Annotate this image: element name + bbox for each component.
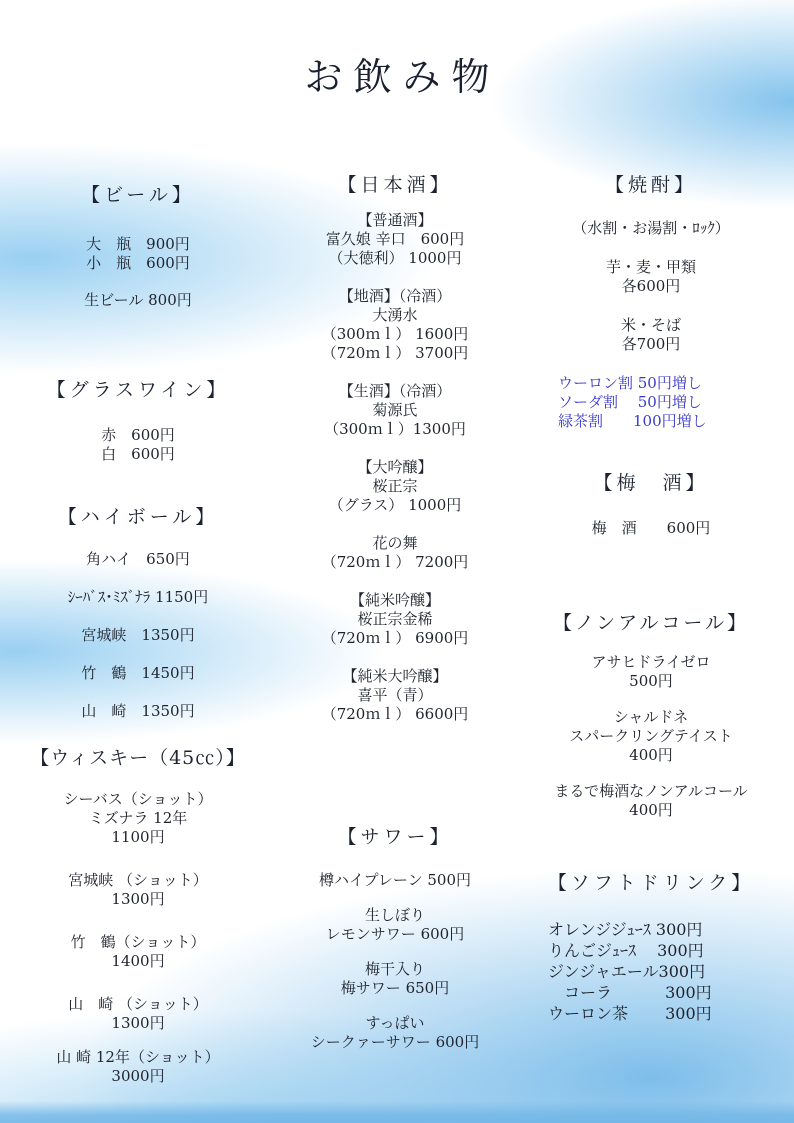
menu-line: 竹 鶴（ショット） — [12, 933, 264, 952]
menu-line: 宮城峡 （ショット） — [12, 871, 264, 890]
menu-line: 米・そば — [518, 316, 784, 335]
menu-line: 赤 600円 — [12, 426, 264, 445]
menu-group: 大 瓶 900円小 瓶 600円 — [12, 235, 264, 273]
menu-group: 山 崎 1350円 — [12, 702, 264, 721]
menu-line: 生ビール 800円 — [12, 291, 264, 310]
menu-group: 生しぼりレモンサワー 600円 — [282, 906, 508, 944]
section-header: 【ハイボール】 — [12, 502, 264, 529]
column-middle: 【日本酒】【普通酒】富久娘 辛口 600円（大徳利） 1000円【地酒】（冷酒）… — [282, 0, 508, 1123]
menu-line: ｼｰﾊﾞｽ･ﾐｽﾞﾅﾗ 1150円 — [12, 588, 264, 607]
menu-line: 各600円 — [518, 277, 784, 296]
menu-line: 桜正宗金稀 — [282, 610, 508, 629]
menu-line: 山 崎 （ショット） — [12, 995, 264, 1014]
section-nihonshu: 【日本酒】【普通酒】富久娘 辛口 600円（大徳利） 1000円【地酒】（冷酒）… — [282, 170, 508, 724]
menu-line: アサヒドライゼロ — [518, 653, 784, 672]
menu-line: （300ｍｌ）1300円 — [282, 420, 508, 439]
menu-group: 【純米大吟醸】喜平（青）（720ｍｌ） 6600円 — [282, 667, 508, 724]
menu-group: 【純米吟醸】桜正宗金稀（720ｍｌ） 6900円 — [282, 591, 508, 648]
menu-line: 400円 — [518, 801, 784, 820]
menu-group: 角ハイ 650円 — [12, 550, 264, 569]
menu-line: 1300円 — [12, 1014, 264, 1033]
menu-group: アサヒドライゼロ500円 — [518, 653, 784, 691]
section-whisky: 【ウィスキー（45㏄）】シーバス（ショット）ミズナラ 12年1100円宮城峡 （… — [12, 743, 264, 1086]
menu-group: シーバス（ショット）ミズナラ 12年1100円 — [12, 790, 264, 847]
menu-line: 各700円 — [518, 335, 784, 354]
menu-line: シーバス（ショット） — [12, 790, 264, 809]
menu-line: 400円 — [518, 746, 784, 765]
menu-group: 梅干入り梅サワー 650円 — [282, 960, 508, 998]
menu-group: オレンジジｭｰｽ 300円りんごジｭｰｽ 300円ジンジャエール300円 コーラ… — [518, 919, 784, 1024]
menu-line: 【地酒】（冷酒） — [282, 287, 508, 306]
menu-group: まるで梅酒なノンアルコール400円 — [518, 782, 784, 820]
menu-line: 500円 — [518, 672, 784, 691]
menu-group: （水割・お湯割・ﾛｯｸ） — [518, 219, 784, 238]
menu-line: 3000円 — [12, 1067, 264, 1086]
section-highball: 【ハイボール】角ハイ 650円ｼｰﾊﾞｽ･ﾐｽﾞﾅﾗ 1150円宮城峡 1350… — [12, 502, 264, 721]
menu-line: コーラ 300円 — [518, 982, 784, 1003]
menu-line: （水割・お湯割・ﾛｯｸ） — [518, 219, 784, 238]
menu-line: 山 崎 12年（ショット） — [12, 1048, 264, 1067]
menu-line: 【純米吟醸】 — [282, 591, 508, 610]
menu-line: スパークリングテイスト — [518, 727, 784, 746]
menu-line: 1100円 — [12, 828, 264, 847]
menu-line: 菊源氏 — [282, 401, 508, 420]
section-sour: 【サワー】樽ハイプレーン 500円生しぼりレモンサワー 600円梅干入り梅サワー… — [282, 822, 508, 1052]
menu-line: 樽ハイプレーン 500円 — [282, 871, 508, 890]
menu-line: 【純米大吟醸】 — [282, 667, 508, 686]
menu-line: 【生酒】（冷酒） — [282, 382, 508, 401]
menu-line: 【普通酒】 — [282, 211, 508, 230]
menu-line: 梅サワー 650円 — [282, 979, 508, 998]
section-nonalcohol: 【ノンアルコール】アサヒドライゼロ500円シャルドネスパークリングテイスト400… — [518, 608, 784, 820]
menu-group: ウーロン割 50円増しソーダ割 50円増し緑茶割 100円増し — [518, 374, 784, 431]
menu-line: レモンサワー 600円 — [282, 925, 508, 944]
menu-line: シークァーサワー 600円 — [282, 1033, 508, 1052]
menu-line: ウーロン割 50円増し — [558, 374, 784, 393]
menu-group: 花の舞（720ｍｌ） 7200円 — [282, 534, 508, 572]
menu-line: 芋・麦・甲類 — [518, 258, 784, 277]
menu-line: まるで梅酒なノンアルコール — [518, 782, 784, 801]
menu-group: 宮城峡 （ショット）1300円 — [12, 871, 264, 909]
menu-line: 1400円 — [12, 952, 264, 971]
menu-group: 【生酒】（冷酒）菊源氏（300ｍｌ）1300円 — [282, 382, 508, 439]
menu-line: 竹 鶴 1450円 — [12, 664, 264, 683]
menu-group: 赤 600円白 600円 — [12, 426, 264, 464]
menu-line: ミズナラ 12年 — [12, 809, 264, 828]
menu-line: ソーダ割 50円増し — [558, 393, 784, 412]
menu-line: 梅干入り — [282, 960, 508, 979]
menu-group: シャルドネスパークリングテイスト400円 — [518, 708, 784, 765]
section-umeshu: 【梅 酒】梅 酒 600円 — [518, 468, 784, 538]
menu-line: （300ｍｌ） 1600円 — [282, 325, 508, 344]
menu-group: 山 崎 （ショット）1300円 — [12, 995, 264, 1033]
menu-line: ジンジャエール300円 — [518, 961, 784, 982]
column-right: 【焼酎】（水割・お湯割・ﾛｯｸ）芋・麦・甲類各600円米・そば各700円ウーロン… — [518, 0, 784, 1123]
menu-group: 山 崎 12年（ショット）3000円 — [12, 1048, 264, 1086]
menu-line: （720ｍｌ） 7200円 — [282, 553, 508, 572]
menu-line: 山 崎 1350円 — [12, 702, 264, 721]
menu-line: 富久娘 辛口 600円 — [282, 230, 508, 249]
section-header: 【焼酎】 — [518, 170, 784, 197]
menu-group: 米・そば各700円 — [518, 316, 784, 354]
menu-line: 梅 酒 600円 — [518, 519, 784, 538]
menu-line: （グラス） 1000円 — [282, 496, 508, 515]
menu-group: 芋・麦・甲類各600円 — [518, 258, 784, 296]
section-shochu: 【焼酎】（水割・お湯割・ﾛｯｸ）芋・麦・甲類各600円米・そば各700円ウーロン… — [518, 170, 784, 431]
menu-line: （大徳利） 1000円 — [282, 249, 508, 268]
section-header: 【日本酒】 — [282, 170, 508, 197]
menu-line: オレンジジｭｰｽ 300円 — [518, 919, 784, 940]
menu-line: （720ｍｌ） 6600円 — [282, 705, 508, 724]
menu-line: 喜平（青） — [282, 686, 508, 705]
section-wine: 【グラスワイン】赤 600円白 600円 — [12, 375, 264, 464]
menu-line: 花の舞 — [282, 534, 508, 553]
section-header: 【ノンアルコール】 — [518, 608, 784, 635]
column-left: 【ビール】大 瓶 900円小 瓶 600円生ビール 800円【グラスワイン】赤 … — [12, 0, 264, 1123]
menu-group: 梅 酒 600円 — [518, 519, 784, 538]
menu-line: 緑茶割 100円増し — [558, 412, 784, 431]
menu-line: すっぱい — [282, 1014, 508, 1033]
menu-group: 樽ハイプレーン 500円 — [282, 871, 508, 890]
section-header: 【ソフトドリンク】 — [518, 868, 784, 895]
section-header: 【グラスワイン】 — [12, 375, 264, 402]
menu-line: ウーロン茶 300円 — [518, 1003, 784, 1024]
menu-line: （720ｍｌ） 3700円 — [282, 344, 508, 363]
menu-group: 竹 鶴 1450円 — [12, 664, 264, 683]
menu-line: 生しぼり — [282, 906, 508, 925]
menu-line: 小 瓶 600円 — [12, 254, 264, 273]
menu-line: 桜正宗 — [282, 477, 508, 496]
menu-group: 【地酒】（冷酒）大湧水（300ｍｌ） 1600円（720ｍｌ） 3700円 — [282, 287, 508, 363]
menu-line: 1300円 — [12, 890, 264, 909]
menu-group: 宮城峡 1350円 — [12, 626, 264, 645]
section-softdrink: 【ソフトドリンク】オレンジジｭｰｽ 300円りんごジｭｰｽ 300円ジンジャエー… — [518, 868, 784, 1024]
section-header: 【ビール】 — [12, 180, 264, 207]
menu-line: 角ハイ 650円 — [12, 550, 264, 569]
menu-line: 白 600円 — [12, 445, 264, 464]
section-beer: 【ビール】大 瓶 900円小 瓶 600円生ビール 800円 — [12, 180, 264, 310]
menu-line: （720ｍｌ） 6900円 — [282, 629, 508, 648]
menu-group: 竹 鶴（ショット）1400円 — [12, 933, 264, 971]
menu-group: ｼｰﾊﾞｽ･ﾐｽﾞﾅﾗ 1150円 — [12, 588, 264, 607]
menu-page: お飲み物 【ビール】大 瓶 900円小 瓶 600円生ビール 800円【グラスワ… — [0, 0, 794, 1123]
menu-line: 宮城峡 1350円 — [12, 626, 264, 645]
menu-line: りんごジｭｰｽ 300円 — [518, 940, 784, 961]
menu-group: すっぱいシークァーサワー 600円 — [282, 1014, 508, 1052]
menu-group: 【普通酒】富久娘 辛口 600円（大徳利） 1000円 — [282, 211, 508, 268]
menu-group: 生ビール 800円 — [12, 291, 264, 310]
menu-line: 大湧水 — [282, 306, 508, 325]
section-header: 【サワー】 — [282, 822, 508, 849]
section-header: 【梅 酒】 — [518, 468, 784, 495]
menu-group: 【大吟醸】桜正宗（グラス） 1000円 — [282, 458, 508, 515]
section-header: 【ウィスキー（45㏄）】 — [12, 743, 264, 770]
menu-line: 大 瓶 900円 — [12, 235, 264, 254]
menu-line: 【大吟醸】 — [282, 458, 508, 477]
menu-line: シャルドネ — [518, 708, 784, 727]
